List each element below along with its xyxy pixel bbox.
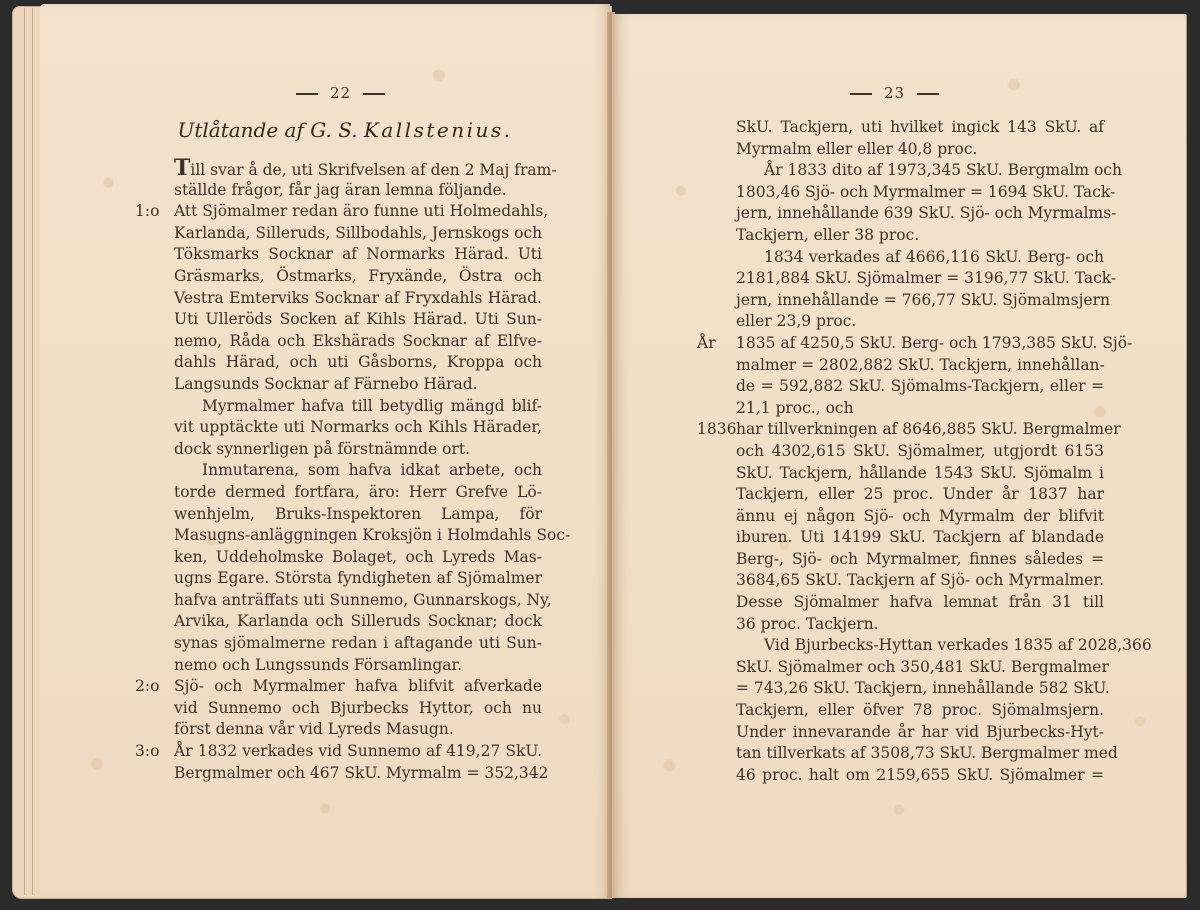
item-number: 1:o — [135, 201, 159, 223]
page-number-right: 23 — [838, 84, 951, 102]
text-line: 1:oAtt Sjömalmer redan äro funne uti Hol… — [174, 201, 542, 223]
dash-decoration — [296, 93, 318, 95]
text-line: 36 proc. Tackjern. — [736, 614, 1104, 636]
text-line: Vid Bjurbecks-Hyttan verkades 1835 af 20… — [736, 635, 1104, 657]
text-line: ken, Uddeholmske Bolaget, och Lyreds Mas… — [174, 547, 542, 569]
text-line: dahls Härad, och uti Gåsborns, Kroppa oc… — [174, 352, 542, 374]
item-number: 2:o — [135, 676, 159, 698]
text-line: torde dermed fortfara, äro: Herr Grefve … — [174, 482, 542, 504]
text-line: SkU. Sjömalmer och 350,481 SkU. Bergmalm… — [736, 657, 1104, 679]
title-plain: Utlåtande af G. S. — [178, 118, 364, 142]
text-line: Masugns-anläggningen Kroksjön i Holmdahl… — [174, 525, 542, 547]
text-line: Uti Ulleröds Socken af Kihls Härad. Uti … — [174, 309, 542, 331]
text-line: Arvika, Karlanda och Silleruds Socknar; … — [174, 611, 542, 633]
text-line: Tackjern, eller 38 proc. — [736, 225, 1104, 247]
text-line: SkU. Tackjern, hållande 1543 SkU. Sjömal… — [736, 463, 1104, 485]
item-number: 1836 — [697, 419, 736, 441]
text-line: 21,1 proc., och — [736, 398, 1104, 420]
text-line: iburen. Uti 14199 SkU. Tackjern af bland… — [736, 527, 1104, 549]
text-line: nemo, Råda och Ekshärads Socknar af Elfv… — [174, 331, 542, 353]
text-line: 1836har tillverkningen af 8646,885 SkU. … — [736, 419, 1104, 441]
text-line: nemo och Lungssunds Församlingar. — [174, 655, 542, 677]
text-line: wenhjelm, Bruks-Inspektoren Lampa, för — [174, 504, 542, 526]
text-line: Bergmalmer och 467 SkU. Myrmalm = 352,34… — [174, 763, 542, 785]
text-line: 1834 verkades af 4666,116 SkU. Berg- och — [736, 247, 1104, 269]
text-line: vid Sunnemo och Bjurbecks Hyttor, och nu — [174, 698, 542, 720]
text-line: 2:oSjö- och Myrmalmer hafva blifvit afve… — [174, 676, 542, 698]
text-line: Myrmalm eller eller 40,8 proc. — [736, 139, 1104, 161]
text-line: tan tillverkats af 3508,73 SkU. Bergmalm… — [736, 743, 1104, 765]
text-line: År1835 af 4250,5 SkU. Berg- och 1793,385… — [736, 333, 1104, 355]
text-line: Gräsmarks, Östmarks, Fryxände, Östra och — [174, 266, 542, 288]
text-line: 3:oÅr 1832 verkades vid Sunnemo af 419,2… — [174, 741, 542, 763]
page-number-text: 23 — [884, 84, 905, 102]
text-line: Till svar å de, uti Skrifvelsen af den 2… — [174, 158, 542, 180]
text-line: malmer = 2802,882 SkU. Tackjern, innehål… — [736, 355, 1104, 377]
text-line: 3684,65 SkU. Tackjern af Sjö- och Myrmal… — [736, 570, 1104, 592]
text-line: ugns Egare. Största fyndigheten af Sjöma… — [174, 568, 542, 590]
item-number: 3:o — [135, 741, 159, 763]
title-spaced: Kallstenius. — [364, 118, 513, 142]
item-number: År — [697, 333, 716, 355]
text-line: SkU. Tackjern, uti hvilket ingick 143 Sk… — [736, 117, 1104, 139]
text-line: Tackjern, eller 25 proc. Under år 1837 h… — [736, 484, 1104, 506]
text-line: synas sjömalmerne redan i aftagande uti … — [174, 633, 542, 655]
page-number-text: 22 — [330, 84, 351, 102]
text-line: 46 proc. halt om 2159,655 SkU. Sjömalmer… — [736, 765, 1104, 787]
dash-decoration — [850, 93, 872, 95]
text-line: Inmutarena, som hafva idkat arbete, och — [174, 460, 542, 482]
right-body-text: SkU. Tackjern, uti hvilket ingick 143 Sk… — [736, 117, 1104, 786]
text-line: hafva anträffats uti Sunnemo, Gunnarskog… — [174, 590, 542, 612]
text-line: Myrmalmer hafva till betydlig mängd blif… — [174, 396, 542, 418]
dash-decoration — [917, 93, 939, 95]
left-page: 22 Utlåtande af G. S. Kallstenius. Till … — [40, 4, 610, 898]
text-line: 2181,884 SkU. Sjömalmer = 3196,77 SkU. T… — [736, 268, 1104, 290]
text-line: ännu ej någon Sjö- och Myrmalm der blifv… — [736, 506, 1104, 528]
text-line: de = 592,882 SkU. Sjömalms-Tackjern, ell… — [736, 376, 1104, 398]
text-line: 1803,46 Sjö- och Myrmalmer = 1694 SkU. T… — [736, 182, 1104, 204]
text-line: Vestra Emterviks Socknar af Fryxdahls Hä… — [174, 288, 542, 310]
text-line: dock synnerligen på förstnämnde ort. — [174, 439, 542, 461]
section-title: Utlåtande af G. S. Kallstenius. — [80, 118, 610, 142]
text-line: Karlanda, Silleruds, Sillbodahls, Jernsk… — [174, 223, 542, 245]
text-line: Desse Sjömalmer hafva lemnat från 31 til… — [736, 592, 1104, 614]
text-line: = 743,26 SkU. Tackjern, innehållande 582… — [736, 678, 1104, 700]
text-line: Berg-, Sjö- och Myrmalmer, finnes sålede… — [736, 549, 1104, 571]
dash-decoration — [363, 93, 385, 95]
text-line: jern, innehållande 639 SkU. Sjö- och Myr… — [736, 203, 1104, 225]
text-line: jern, innehållande = 766,77 SkU. Sjömalm… — [736, 290, 1104, 312]
right-page: 23 SkU. Tackjern, uti hvilket ingick 143… — [612, 14, 1186, 898]
text-line: Töksmarks Socknar af Normarks Härad. Uti — [174, 244, 542, 266]
drop-cap: T — [174, 155, 190, 181]
text-line: eller 23,9 proc. — [736, 311, 1104, 333]
left-body-text: Till svar å de, uti Skrifvelsen af den 2… — [174, 158, 542, 784]
text-line: ställde frågor, får jag äran lemna följa… — [174, 180, 542, 202]
text-line: och 4302,615 SkU. Sjömalmer, utgjordt 61… — [736, 441, 1104, 463]
text-line: vit upptäckte uti Normarks och Kihls Här… — [174, 417, 542, 439]
page-number-left: 22 — [284, 84, 397, 102]
text-line: Tackjern, eller öfver 78 proc. Sjömalmsj… — [736, 700, 1104, 722]
text-line: först denna vår vid Lyreds Masugn. — [174, 719, 542, 741]
text-line: År 1833 dito af 1973,345 SkU. Bergmalm o… — [736, 160, 1104, 182]
text-line: Langsunds Socknar af Färnebo Härad. — [174, 374, 542, 396]
text-line: Under innevarande år har vid Bjurbecks-H… — [736, 722, 1104, 744]
